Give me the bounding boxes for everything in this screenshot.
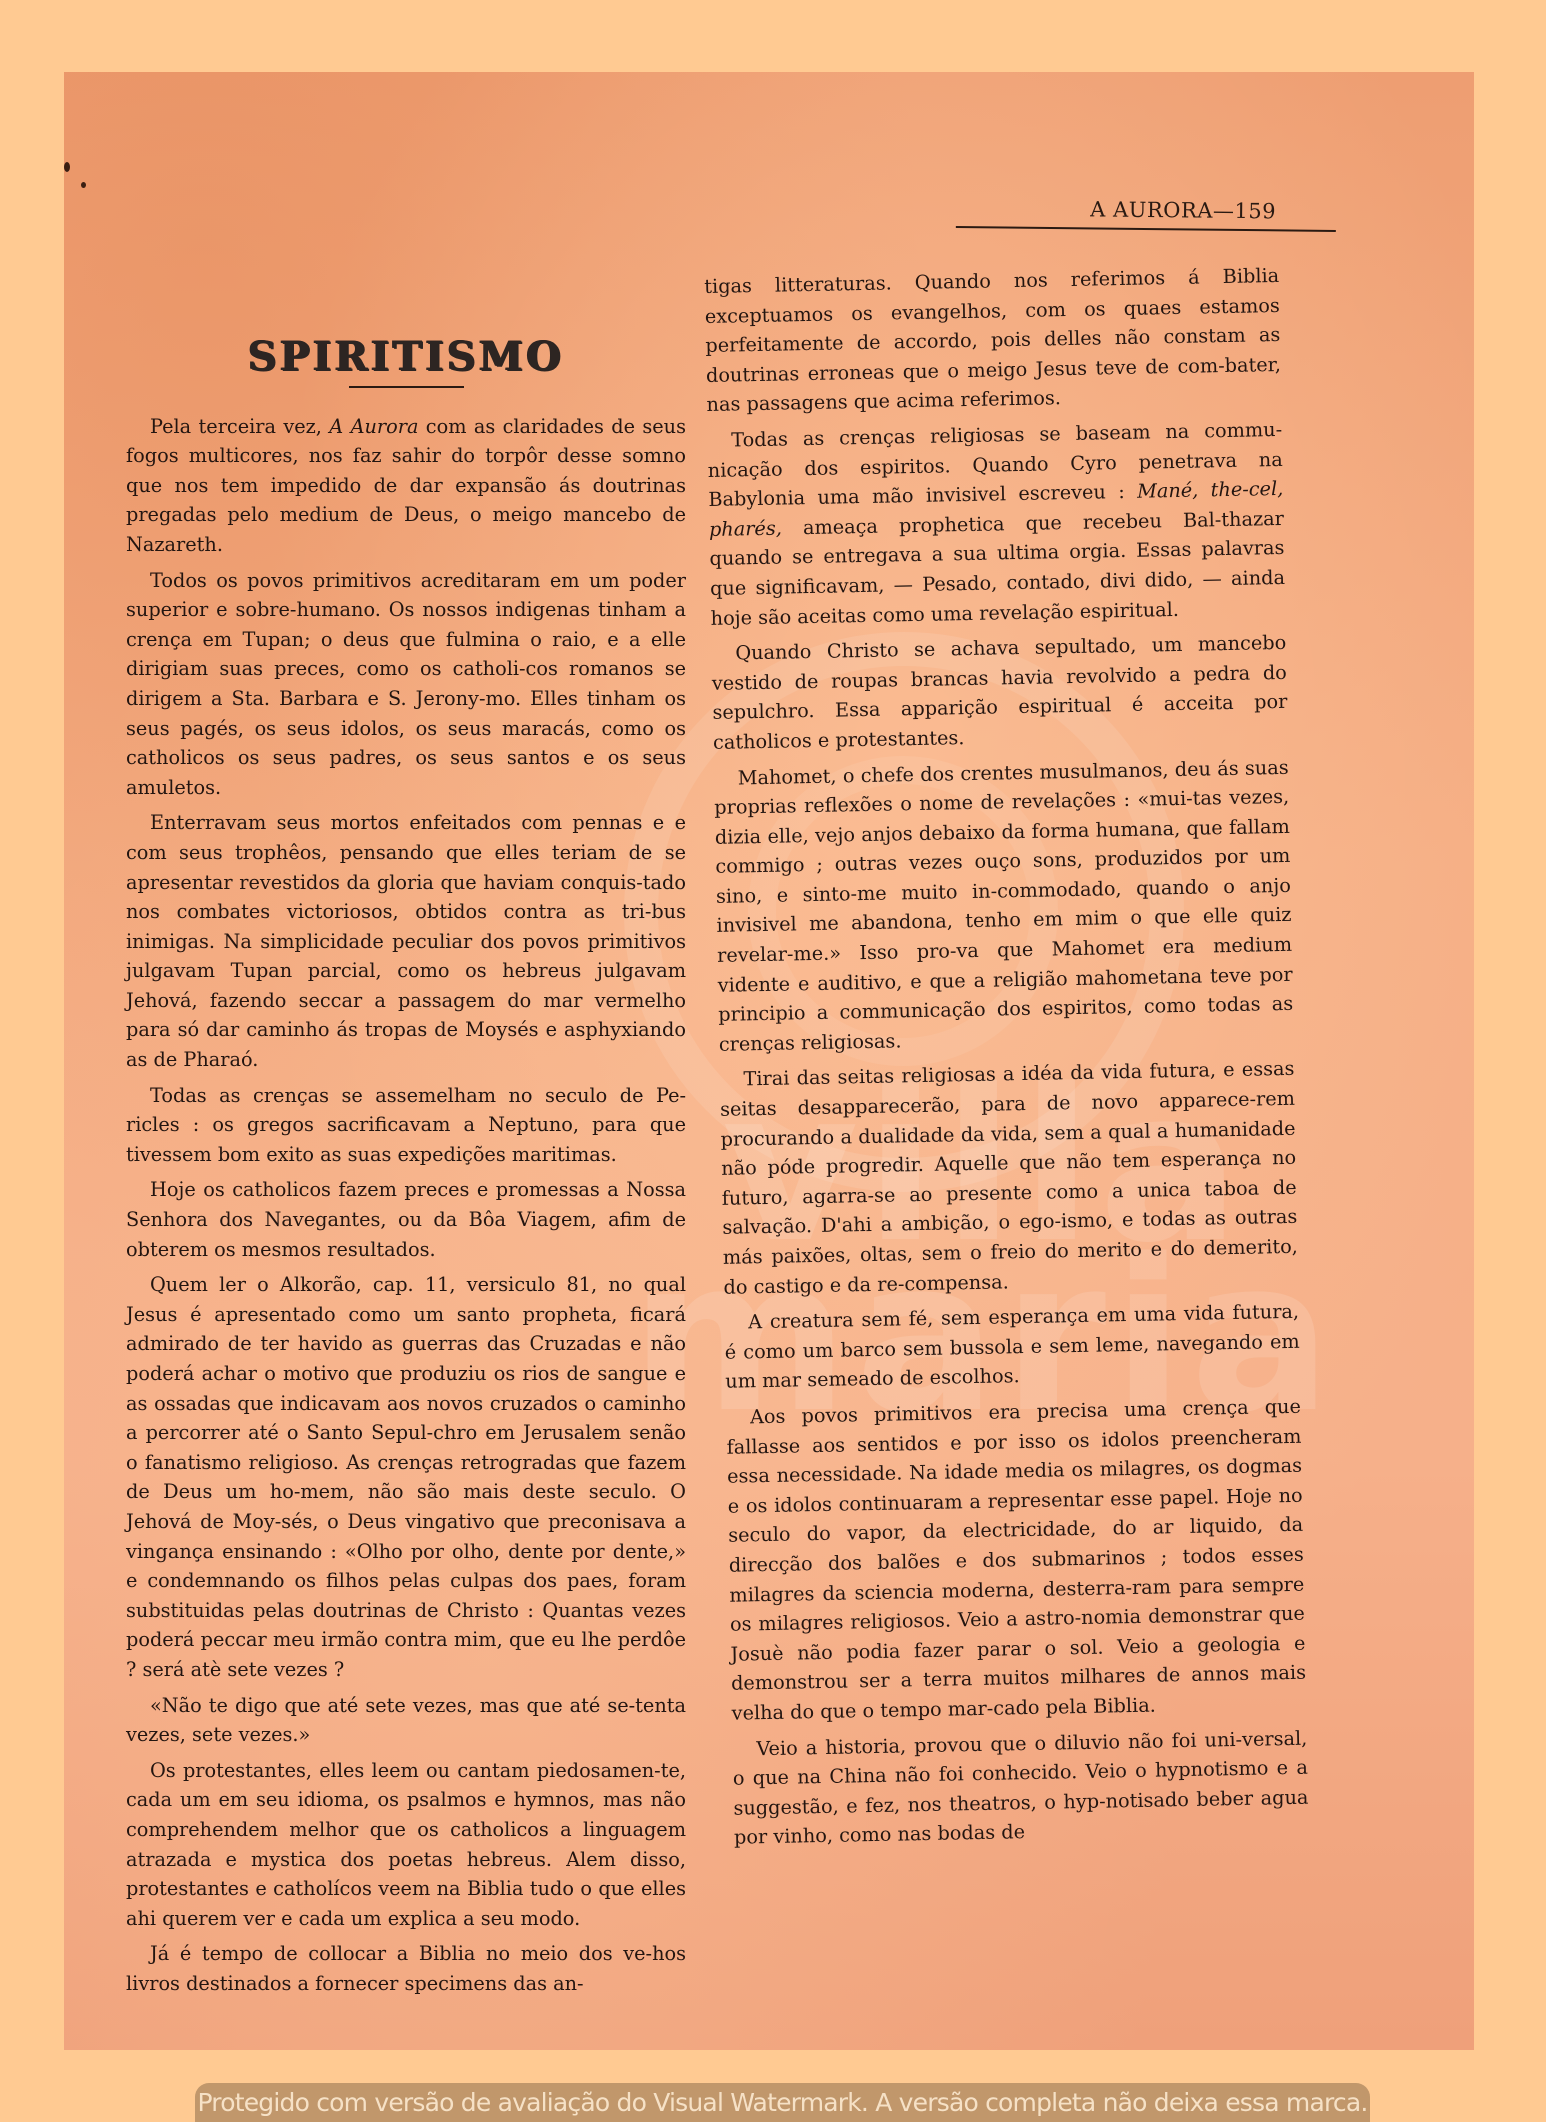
paragraph: A creatura sem fé, sem esperança em uma … — [724, 1297, 1301, 1397]
left-paragraphs: Pela terceira vez, A Aurora com as clari… — [126, 412, 686, 1999]
paragraph: Todas as crenças religiosas se baseam na… — [707, 415, 1286, 633]
paragraph: tigas litteraturas. Quando nos referimos… — [704, 261, 1282, 420]
article-title: SPIRITISMO — [126, 342, 686, 372]
paragraph: Todos os povos primitivos acreditaram em… — [126, 566, 686, 803]
scanned-page: villa maria A AURORA—159 SPIRITISMO Pela… — [64, 72, 1474, 2050]
title-divider — [349, 386, 464, 388]
ink-speck — [81, 182, 86, 188]
ink-speck — [64, 162, 70, 172]
paragraph: Veio a historia, provou que o diluvio nã… — [732, 1723, 1309, 1852]
paragraph: Mahomet, o chefe dos crentes musulmanos,… — [713, 752, 1294, 1059]
paragraph: Hoje os catholicos fazem preces e promes… — [126, 1175, 686, 1264]
paragraph: Aos povos primitivos era precisa uma cre… — [726, 1392, 1307, 1729]
paragraph: «Não te digo que até sete vezes, mas que… — [126, 1691, 686, 1750]
paragraph: Pela terceira vez, A Aurora com as clari… — [126, 412, 686, 560]
paragraph: Todas as crenças se assemelham no seculo… — [126, 1081, 686, 1170]
right-paragraphs: tigas litteraturas. Quando nos referimos… — [704, 261, 1309, 1853]
left-column: SPIRITISMO Pela terceira vez, A Aurora c… — [126, 286, 686, 2004]
watermark-banner: Protegido com versão de avaliação do Vis… — [195, 2083, 1370, 2122]
paragraph: Já é tempo de collocar a Biblia no meio … — [126, 1939, 686, 1998]
right-column: tigas litteraturas. Quando nos referimos… — [704, 261, 1309, 1859]
running-head: A AURORA—159 — [956, 196, 1336, 232]
paragraph: Enterravam seus mortos enfeitados com pe… — [126, 808, 686, 1074]
paragraph: Quem ler o Alkorão, cap. 11, versiculo 8… — [126, 1270, 686, 1684]
paragraph: Tirai das seitas religiosas a idéa da vi… — [719, 1054, 1298, 1302]
paragraph: Os protestantes, elles leem ou cantam pi… — [126, 1756, 686, 1934]
paragraph: Quando Christo se achava sepultado, um m… — [711, 628, 1288, 757]
